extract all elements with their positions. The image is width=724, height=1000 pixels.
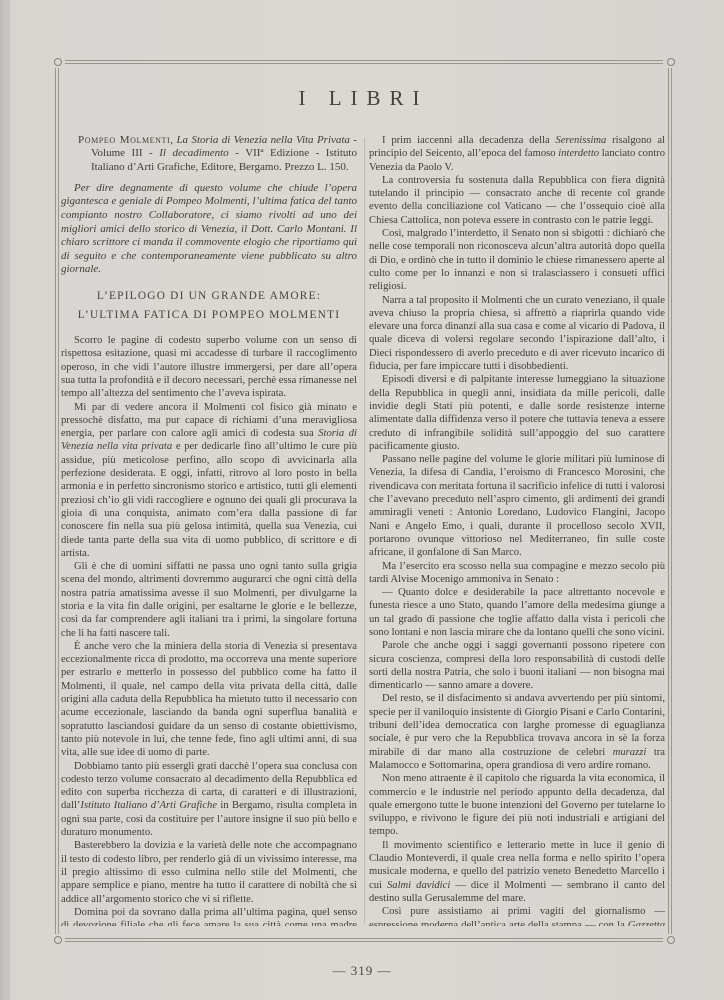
italic-text-run: Per dire degnamente di questo volume che… — [61, 182, 357, 276]
frame-rule-top — [65, 60, 663, 64]
italic-text-run: La Storia di Venezia nella Vita Privata — [176, 134, 350, 146]
corner-ring-top-right-ornament — [667, 58, 675, 66]
corner-ring-top-left-ornament — [54, 58, 62, 66]
body-paragraph: È anche vero che la miniera della storia… — [61, 640, 357, 760]
scanned-book-page: I LIBRI Pompeo Molmenti, La Storia di Ve… — [0, 0, 724, 1000]
text-run: I prim iaccenni alla decadenza della — [382, 135, 556, 146]
body-paragraph: Così pure assistiamo ai primi vagiti del… — [369, 905, 665, 926]
text-run: Episodi diversi e di palpitante interess… — [369, 374, 665, 451]
body-paragraph: Gli è che di uomini siffatti ne passa un… — [61, 560, 357, 640]
text-run: Domina poi da sovrano dalla prima all’ul… — [61, 907, 357, 926]
italic-text-run: murazzi — [613, 747, 647, 758]
text-run: Gli è che di uomini siffatti ne passa un… — [61, 561, 357, 638]
body-paragraph: — Quanto dolce e desiderabile la pace al… — [369, 586, 665, 639]
frame-rule-left — [55, 68, 59, 934]
text-run: — Quanto dolce e desiderabile la pace al… — [369, 587, 665, 638]
text-run: Passano nelle pagine del volume le glori… — [369, 454, 665, 558]
small-caps-text-run: Pompeo Molmenti — [78, 134, 170, 146]
text-run: Scorro le pagine di codesto superbo volu… — [61, 335, 357, 399]
corner-ring-bottom-right-ornament — [667, 936, 675, 944]
body-paragraph: Scorro le pagine di codesto superbo volu… — [61, 334, 357, 400]
body-paragraph: Domina poi da sovrano dalla prima all’ul… — [61, 906, 357, 926]
article-heading: L’EPILOGO DI UN GRANDE AMORE: L’ULTIMA F… — [61, 287, 357, 325]
corner-ring-bottom-left-ornament — [54, 936, 62, 944]
article-body-left: Scorro le pagine di codesto superbo volu… — [61, 334, 357, 926]
body-paragraph: Basterebbero la dovizia e la varietà del… — [61, 839, 357, 905]
body-paragraph: Parole che anche oggi i saggi governanti… — [369, 639, 665, 692]
italic-text-run: interdetto — [558, 148, 599, 159]
body-paragraph: Il movimento scientifico e letterario me… — [369, 839, 665, 905]
body-paragraph: Narra a tal proposito il Molmenti che un… — [369, 294, 665, 374]
body-paragraph: Dobbiamo tanto più essergli grati dacchè… — [61, 760, 357, 840]
body-paragraph: La controversia fu sostenuta dalla Repub… — [369, 174, 665, 227]
text-run: Così pure assistiamo ai primi vagiti del… — [369, 906, 665, 926]
text-run: e per dedicarle fino all’ultimo le cure … — [61, 441, 357, 558]
text-run: La controversia fu sostenuta dalla Repub… — [369, 175, 665, 226]
article-heading-line2: L’ULTIMA FATICA DI POMPEO MOLMENTI — [61, 306, 357, 325]
text-run: Basterebbero la dovizia e la varietà del… — [61, 840, 357, 904]
text-run: Mi par di vedere ancora il Molmenti col … — [61, 402, 357, 440]
book-citation-and-editorial-note: Pompeo Molmenti, La Storia di Venezia ne… — [61, 134, 357, 277]
text-run: Non meno attraente è il capitolo che rig… — [369, 773, 665, 837]
text-run: Parole che anche oggi i saggi governanti… — [369, 640, 665, 691]
body-paragraph: Mi par di vedere ancora il Molmenti col … — [61, 401, 357, 561]
article-heading-line1: L’EPILOGO DI UN GRANDE AMORE: — [61, 287, 357, 306]
body-paragraph: Così, malgrado l’interdetto, il Senato n… — [369, 227, 665, 293]
page-title: I LIBRI — [57, 86, 670, 111]
body-paragraph: Non meno attraente è il capitolo che rig… — [369, 772, 665, 838]
page-number: — 319 — — [0, 963, 724, 979]
body-paragraph: Episodi diversi e di palpitante interess… — [369, 373, 665, 453]
body-paragraph: Passano nelle pagine del volume le glori… — [369, 453, 665, 559]
column-divider — [364, 138, 365, 924]
text-run: Narra a tal proposito il Molmenti che un… — [369, 295, 665, 372]
text-run: Così, malgrado l’interdetto, il Senato n… — [369, 228, 665, 292]
left-text-column: Pompeo Molmenti, La Storia di Venezia ne… — [61, 134, 357, 926]
right-text-column: I prim iaccenni alla decadenza della Ser… — [369, 134, 665, 926]
italic-text-run: Istituto Italiano d’Arti Grafiche — [80, 800, 217, 811]
text-run: Ma l’esercito era scosso nella sua compa… — [369, 561, 665, 585]
frame-rule-right — [668, 68, 672, 934]
italic-text-run: Salmi davidici — [387, 880, 450, 891]
citation-paragraph: Pompeo Molmenti, La Storia di Venezia ne… — [61, 134, 357, 174]
body-paragraph: Ma l’esercito era scosso nella sua compa… — [369, 560, 665, 587]
italic-text-run: Il decadimento — [159, 147, 228, 159]
italic-text-run: Serenissima — [556, 135, 607, 146]
body-paragraph: Del resto, se il disfacimento si andava … — [369, 692, 665, 772]
editorial-paragraph: Per dire degnamente di questo volume che… — [61, 182, 357, 277]
body-paragraph: I prim iaccenni alla decadenza della Ser… — [369, 134, 665, 174]
article-body-right: I prim iaccenni alla decadenza della Ser… — [369, 134, 665, 926]
frame-rule-bottom — [65, 938, 663, 942]
text-run: È anche vero che la miniera della storia… — [61, 641, 357, 758]
